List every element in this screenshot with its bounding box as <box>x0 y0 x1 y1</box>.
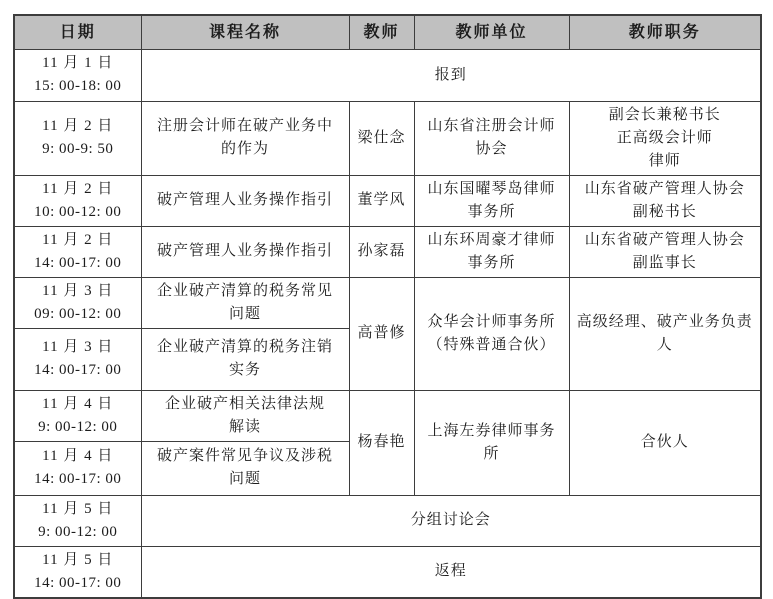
date-cell: 11 月 1 日15: 00-18: 00 <box>14 49 141 101</box>
org-cell: 山东环周豪才律师 事务所 <box>414 226 569 277</box>
title-cell: 山东省破产管理人协会 副秘书长 <box>569 175 761 226</box>
table-row: 11 月 2 日9: 00-9: 50 注册会计师在破产业务中 的作为 梁仕念 … <box>14 101 761 175</box>
org-cell: 山东省注册会计师 协会 <box>414 101 569 175</box>
teacher-cell: 董学风 <box>349 175 414 226</box>
event-cell: 返程 <box>141 546 761 580</box>
date-cell: 11 月 2 日14: 00-17: 00 <box>14 226 141 277</box>
time-text: 14: 00-17: 00 <box>19 359 137 382</box>
date-text: 11 月 4 日 <box>19 393 137 416</box>
course-cell: 破产管理人业务操作指引 <box>141 226 349 277</box>
course-cell: 企业破产清算的税务注销 实务 <box>141 328 349 390</box>
date-cell: 11 月 3 日14: 00-17: 00 <box>14 328 141 390</box>
date-text: 11 月 2 日 <box>19 115 137 138</box>
title-cell: 山东省破产管理人协会 副监事长 <box>569 226 761 277</box>
header-teacher-title: 教师职务 <box>569 15 761 49</box>
table-row: 11 月 3 日09: 00-12: 00 企业破产清算的税务常见 问题 高普修… <box>14 277 761 328</box>
date-text: 11 月 2 日 <box>19 178 137 201</box>
table-row: 11 月 5 日14: 00-17: 00 返程 <box>14 546 761 580</box>
header-date: 日期 <box>14 15 141 49</box>
table-row: 11 月 2 日14: 00-17: 00 破产管理人业务操作指引 孙家磊 山东… <box>14 226 761 277</box>
date-cell: 11 月 3 日09: 00-12: 00 <box>14 277 141 328</box>
time-text: 9: 00-12: 00 <box>19 416 137 439</box>
org-cell: 山东国曜琴岛律师 事务所 <box>414 175 569 226</box>
date-text: 11 月 5 日 <box>19 498 137 521</box>
date-cell: 11 月 4 日14: 00-17: 00 <box>14 441 141 495</box>
time-text: 14: 00-17: 00 <box>19 468 137 491</box>
title-cell: 合伙人 <box>569 390 761 495</box>
date-text: 11 月 5 日 <box>19 549 137 572</box>
date-text: 11 月 1 日 <box>19 52 137 75</box>
table-row: 11 月 4 日9: 00-12: 00 企业破产相关法律法规 解读 杨春艳 上… <box>14 390 761 441</box>
teacher-cell: 孙家磊 <box>349 226 414 277</box>
teacher-cell: 梁仕念 <box>349 101 414 175</box>
org-cell: 上海左券律师事务 所 <box>414 390 569 495</box>
schedule-table: 日期 课程名称 教师 教师单位 教师职务 11 月 1 日15: 00-18: … <box>13 14 762 580</box>
date-text: 11 月 4 日 <box>19 445 137 468</box>
event-cell: 报到 <box>141 49 761 101</box>
date-cell: 11 月 4 日9: 00-12: 00 <box>14 390 141 441</box>
time-text: 14: 00-17: 00 <box>19 572 137 581</box>
date-cell: 11 月 2 日9: 00-9: 50 <box>14 101 141 175</box>
teacher-cell: 高普修 <box>349 277 414 390</box>
course-cell: 企业破产清算的税务常见 问题 <box>141 277 349 328</box>
date-cell: 11 月 5 日14: 00-17: 00 <box>14 546 141 580</box>
date-text: 11 月 3 日 <box>19 280 137 303</box>
header-course: 课程名称 <box>141 15 349 49</box>
time-text: 9: 00-9: 50 <box>19 138 137 161</box>
time-text: 15: 00-18: 00 <box>19 75 137 98</box>
table-row: 11 月 5 日9: 00-12: 00 分组讨论会 <box>14 495 761 546</box>
date-cell: 11 月 5 日9: 00-12: 00 <box>14 495 141 546</box>
table-row: 11 月 1 日15: 00-18: 00 报到 <box>14 49 761 101</box>
schedule-table-container: 日期 课程名称 教师 教师单位 教师职务 11 月 1 日15: 00-18: … <box>13 14 762 580</box>
time-text: 14: 00-17: 00 <box>19 252 137 275</box>
table-row: 11 月 2 日10: 00-12: 00 破产管理人业务操作指引 董学风 山东… <box>14 175 761 226</box>
date-cell: 11 月 2 日10: 00-12: 00 <box>14 175 141 226</box>
event-cell: 分组讨论会 <box>141 495 761 546</box>
course-cell: 企业破产相关法律法规 解读 <box>141 390 349 441</box>
course-cell: 注册会计师在破产业务中 的作为 <box>141 101 349 175</box>
header-teacher: 教师 <box>349 15 414 49</box>
header-row: 日期 课程名称 教师 教师单位 教师职务 <box>14 15 761 49</box>
title-cell: 副会长兼秘书长 正高级会计师 律师 <box>569 101 761 175</box>
title-cell: 高级经理、破产业务负责 人 <box>569 277 761 390</box>
header-teacher-org: 教师单位 <box>414 15 569 49</box>
time-text: 09: 00-12: 00 <box>19 303 137 326</box>
course-cell: 破产案件常见争议及涉税 问题 <box>141 441 349 495</box>
time-text: 10: 00-12: 00 <box>19 201 137 224</box>
date-text: 11 月 3 日 <box>19 336 137 359</box>
time-text: 9: 00-12: 00 <box>19 521 137 544</box>
teacher-cell: 杨春艳 <box>349 390 414 495</box>
org-cell: 众华会计师事务所 （特殊普通合伙） <box>414 277 569 390</box>
date-text: 11 月 2 日 <box>19 229 137 252</box>
course-cell: 破产管理人业务操作指引 <box>141 175 349 226</box>
